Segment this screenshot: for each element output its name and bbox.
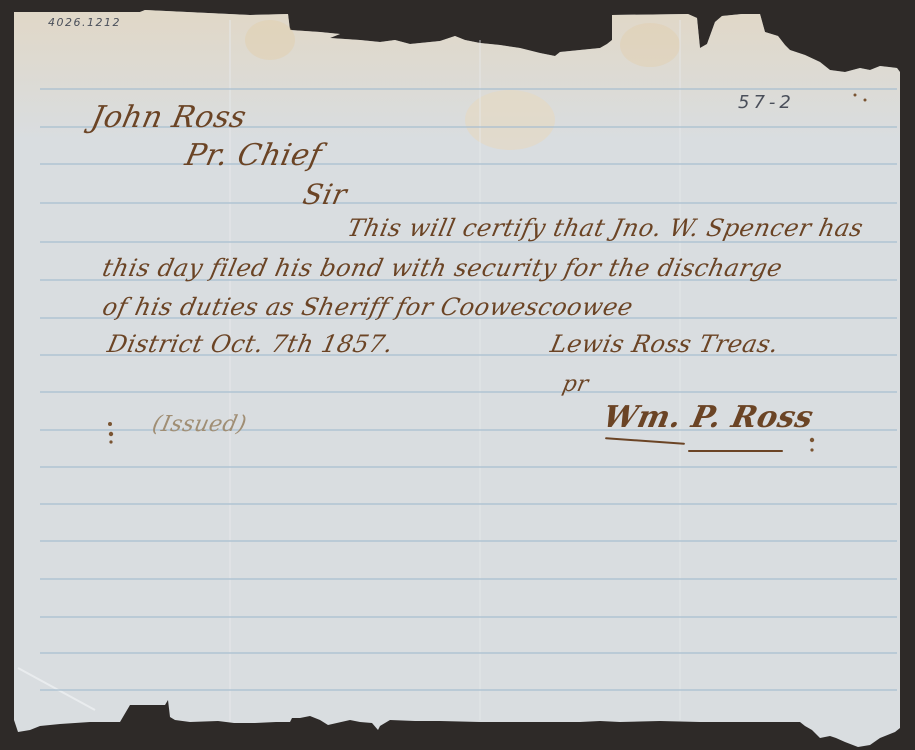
greeting: Sir xyxy=(300,178,350,211)
page-reference: 57-2 xyxy=(738,92,795,113)
signature-underline-2 xyxy=(688,450,783,452)
per-abbreviation: pr xyxy=(560,372,591,397)
body-line-4: District Oct. 7th 1857. xyxy=(105,330,396,358)
body-line-3: of his duties as Sheriff for Coowescoowe… xyxy=(100,293,636,321)
body-line-1: This will certify that Jno. W. Spencer h… xyxy=(345,214,866,242)
addressee-name: John Ross xyxy=(88,100,250,135)
signer-name: Lewis Ross Treas. xyxy=(548,330,781,358)
agent-signature: Wm. P. Ross xyxy=(600,400,816,435)
document-viewer: 4026.1212 57-2 John Ross Pr. Chief Sir T… xyxy=(0,0,915,750)
issued-annotation: (Issued) xyxy=(150,412,249,437)
addressee-title: Pr. Chief xyxy=(182,138,325,173)
body-line-2: this day filed his bond with security fo… xyxy=(100,254,785,282)
catalog-number: 4026.1212 xyxy=(48,16,121,29)
